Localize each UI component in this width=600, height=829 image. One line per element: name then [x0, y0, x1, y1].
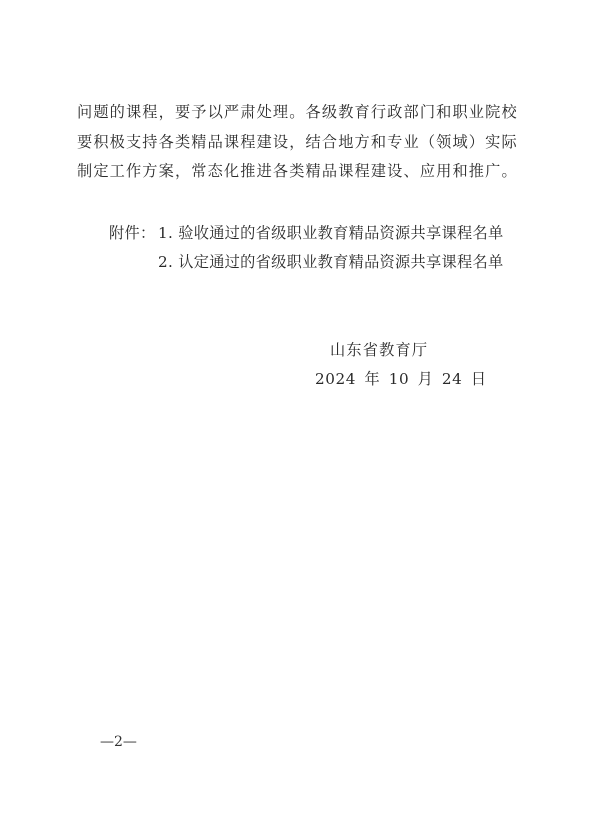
- issue-date: 2024 年 10 月 24 日: [315, 369, 487, 389]
- document-page: 问题的课程，要予以严肃处理。各级教育行政部门和职业院校 要积极支持各类精品课程建…: [0, 0, 600, 829]
- page-number: —2—: [100, 732, 137, 752]
- issuing-authority: 山东省教育厅: [330, 340, 428, 360]
- attachment-item: 1. 验收通过的省级职业教育精品资源共享课程名单: [158, 223, 503, 243]
- body-text-line: 制定工作方案，常态化推进各类精品课程建设、应用和推广。: [77, 161, 517, 181]
- attachments-label: 附件：: [109, 223, 155, 243]
- body-text-line: 要积极支持各类精品课程建设，结合地方和专业（领域）实际: [77, 132, 517, 152]
- body-text-line: 问题的课程，要予以严肃处理。各级教育行政部门和职业院校: [77, 102, 517, 122]
- attachment-item: 2. 认定通过的省级职业教育精品资源共享课程名单: [158, 252, 503, 272]
